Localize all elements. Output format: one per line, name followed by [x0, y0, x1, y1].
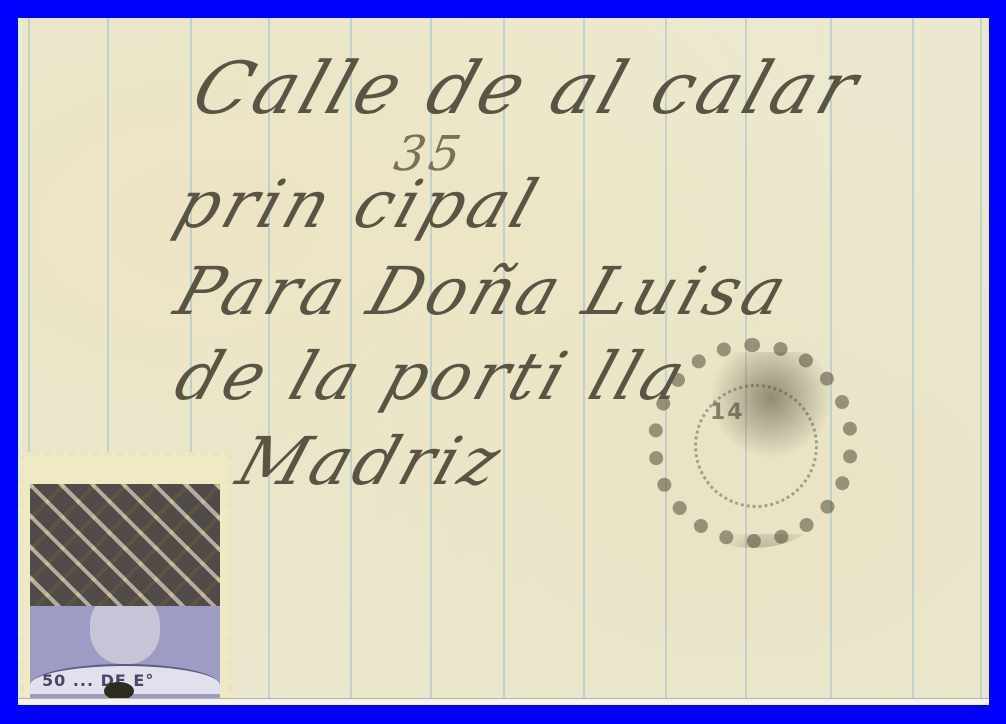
- address-line-floor: prin cipal: [166, 166, 550, 243]
- postage-stamp: 50 ... DE E°: [20, 452, 232, 704]
- address-line-recipient: Para Doña Luisa: [166, 253, 800, 330]
- stamp-value-text: 50 ... DE E°: [42, 671, 154, 690]
- paper-bottom-edge: [18, 698, 989, 705]
- envelope-paper: 14 Calle de al calar 35 prin cipal Para …: [18, 18, 989, 705]
- stamp-cancellation-grid: [30, 484, 220, 606]
- address-line-city: Madriz: [228, 423, 514, 500]
- address-line-street: Calle de al calar: [183, 46, 872, 130]
- address-line-recipient-surname: de la porti lla: [166, 338, 698, 415]
